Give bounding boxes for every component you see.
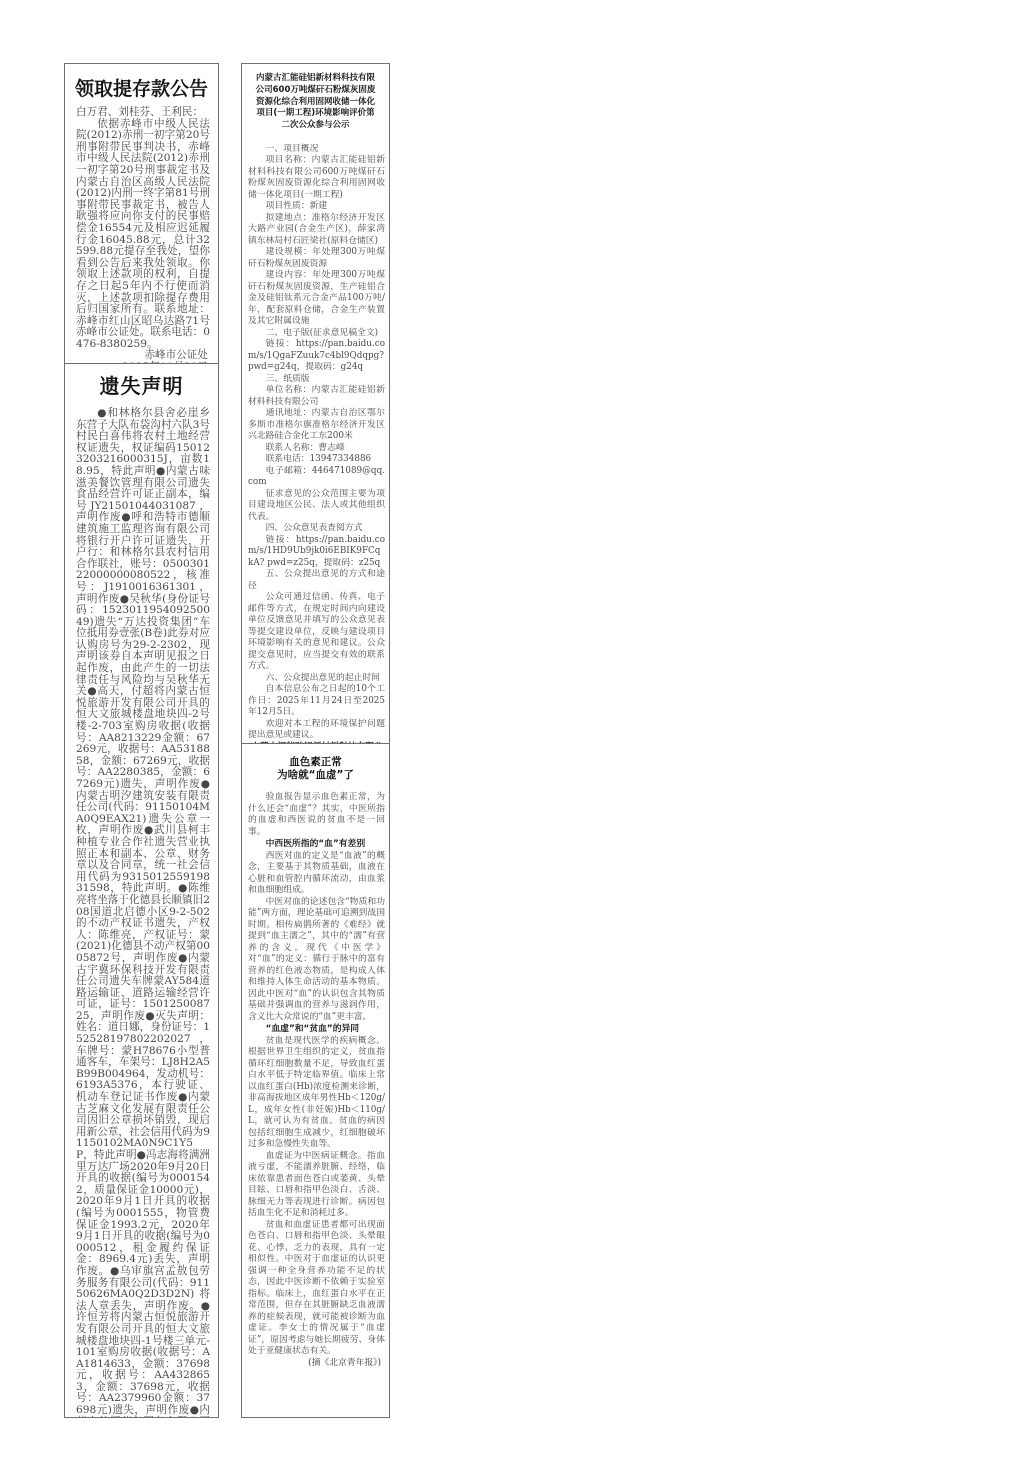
paragraph: 自本信息公布之日起的10个工作日：2025年11月24日至2025年12月5日。 [242,684,389,719]
paragraph: 贫血和血虚证患者都可出现面色苍白、口唇和指甲色淡、头晕眼花、心悸、乏力的表现，具… [242,1220,389,1358]
download-link-text: 链接：https://pan.baidu.com/s/1HD9Ub9jk0i6E… [242,535,389,570]
eia-notice-body: 一、项目概况 项目名称：内蒙古汇能硅铝新材料科技有限公司600万吨煤矸石粉煤灰固… [242,144,389,744]
paragraph: 建设规模：年处理300万吨煤矸石粉煤灰固废资源 [242,247,389,270]
download-link-text: 链接：https://pan.baidu.com/s/1QgaFZuuk7c4b… [242,339,389,374]
paragraph: 项目名称：内蒙古汇能硅铝新材料科技有限公司600万吨煤矸石粉煤灰固废资源化综合利… [242,155,389,201]
contact-person: 联系人名称：曹志峰 [242,443,389,455]
paragraph: 中医对血的论述包含“物质和功能”两方面，理论基础可追溯到战国时期。相传扁鹊所著的… [242,897,389,1024]
contact-phone: 联系电话：13947334886 [242,454,389,466]
lost-notice-item: ●灭失声明：姓名：道日娜，身份证号：152528197802202027，车牌号… [76,1010,210,1103]
lost-notice-title: 遗失声明 [65,364,218,398]
lost-notice-item: ●许恒芳将内蒙古恒悦旅游开发有限公司开具的恒大文旅城楼盘地块四-1号楼三单元-1… [76,1300,210,1416]
section-heading: 六、公众提出意见的起止时间 [242,673,389,685]
deposit-notice-body: 依据赤峰市中级人民法院(2012)赤刑一初字第20号刑事附带民事判决书，赤峰市中… [65,119,218,351]
paragraph: 西医对血的定义是“血液”的概念，主要基于其物质基础，血液在心脏和血管腔内循环流动… [242,851,389,897]
contact-email: 电子邮箱：446471089@qq.com [242,466,389,489]
paragraph: 建设内容：年处理300万吨煤矸石粉煤灰固废资源，生产硅铝合金及硅铝钛系元合金产品… [242,270,389,328]
paragraph: 验血报告显示血色素正常，为什么还会“血虚”？其实，中医所指的血虚和西医说的贫血不… [242,792,389,838]
paragraph: 公众可通过信函、传真、电子邮件等方式，在规定时间内向建设单位反馈意见并填写的公众… [242,592,389,673]
paragraph: 血虚证为中医病证概念。指血液亏虚，不能濡养脏腑、经络，临床依靠患者面色苍白或萎黄… [242,1151,389,1220]
paragraph: 通讯地址：内蒙古自治区鄂尔多斯市准格尔旗准格尔经济开发区兴北路硅合金化工东200… [242,408,389,443]
article-title-line-2: 为啥就“血虚”了 [242,769,389,782]
lost-notice-item: ●冯志海将满洲里万达广场2020年9月20日开具的收据(编号为0001542，质… [76,1149,210,1277]
eia-notice-box: 内蒙古汇能硅铝新材料科技有限公司600万吨煤矸石粉煤灰固废资源化综合利用固网收储… [241,63,390,744]
section-heading: 一、项目概况 [242,144,389,156]
deposit-notice-salutation: 白万君、刘桂芬、王利民： [65,107,218,119]
article-body: 验血报告显示血色素正常，为什么还会“血虚”？其实，中医所指的血虚和西医说的贫血不… [242,792,389,1369]
section-heading: 四、公众意见表查阅方式 [242,523,389,535]
article-source: (摘《北京青年报》) [242,1358,389,1370]
paragraph: 项目性质：新建 [242,201,389,213]
section-heading: 二、电子版(征求意见稿全文) [242,328,389,340]
paragraph: 拟建地点：准格尔经济开发区大路产业园(合金生产区)，薛家湾镇东林局村石匠梁社(原… [242,213,389,248]
paragraph: 单位名称：内蒙古汇能硅铝新材料科技有限公司 [242,385,389,408]
paragraph: 贫血是现代医学的疾病概念。根据世界卫生组织的定义，贫血指循环红细胞数量不足，导致… [242,1036,389,1151]
paragraph: 欢迎对本工程的环境保护问题提出意见或建议。 [242,719,389,742]
article-subheading: “血虚”和“贫血”的异同 [242,1024,389,1036]
deposit-notice-title: 领取提存款公告 [65,64,218,101]
health-article-box: 血色素正常 为啥就“血虚”了 验血报告显示血色素正常，为什么还会“血虚”？其实，… [241,743,390,1418]
article-subheading: 中西医所指的“血”有差别 [242,839,389,851]
deposit-notice-box: 领取提存款公告 白万君、刘桂芬、王利民： 依据赤峰市中级人民法院(2012)赤刑… [64,63,219,364]
lost-notice-item: ●高天，付超将内蒙古恒悦旅游开发有限公司开具的恒大文旅城楼盘地块四-2号楼-2-… [76,685,210,790]
lost-notice-box: 遗失声明 ●和林格尔县舍必崖乡东营子大队布袋沟村六队3号村民白喜伟将农村土地经营… [64,363,219,1418]
eia-notice-headline: 内蒙古汇能硅铝新材料科技有限公司600万吨煤矸石粉煤灰固废资源化综合利用固网收储… [242,64,389,132]
article-title-line-1: 血色素正常 [242,744,389,769]
lost-notice-item: ●吴秋华(身份证号码：152301195409250049)遗失“万达投资集团”… [76,593,210,698]
lost-notice-item: ●呼和浩特市德顺建筑施工监理咨询有限公司将银行开户许可证遗失，开户行：和林格尔县… [76,511,210,604]
lost-notice-list: ●和林格尔县舍必崖乡东营子大队布袋沟村六队3号村民白喜伟将农村土地经营权证遗失，… [65,408,218,1418]
paragraph: 征求意见的公众范围主要为项目建设地区公民、法人或其他组织代表。 [242,489,389,524]
section-heading: 三、纸质版 [242,374,389,386]
section-heading: 五、公众提出意见的方式和途径 [242,569,389,592]
